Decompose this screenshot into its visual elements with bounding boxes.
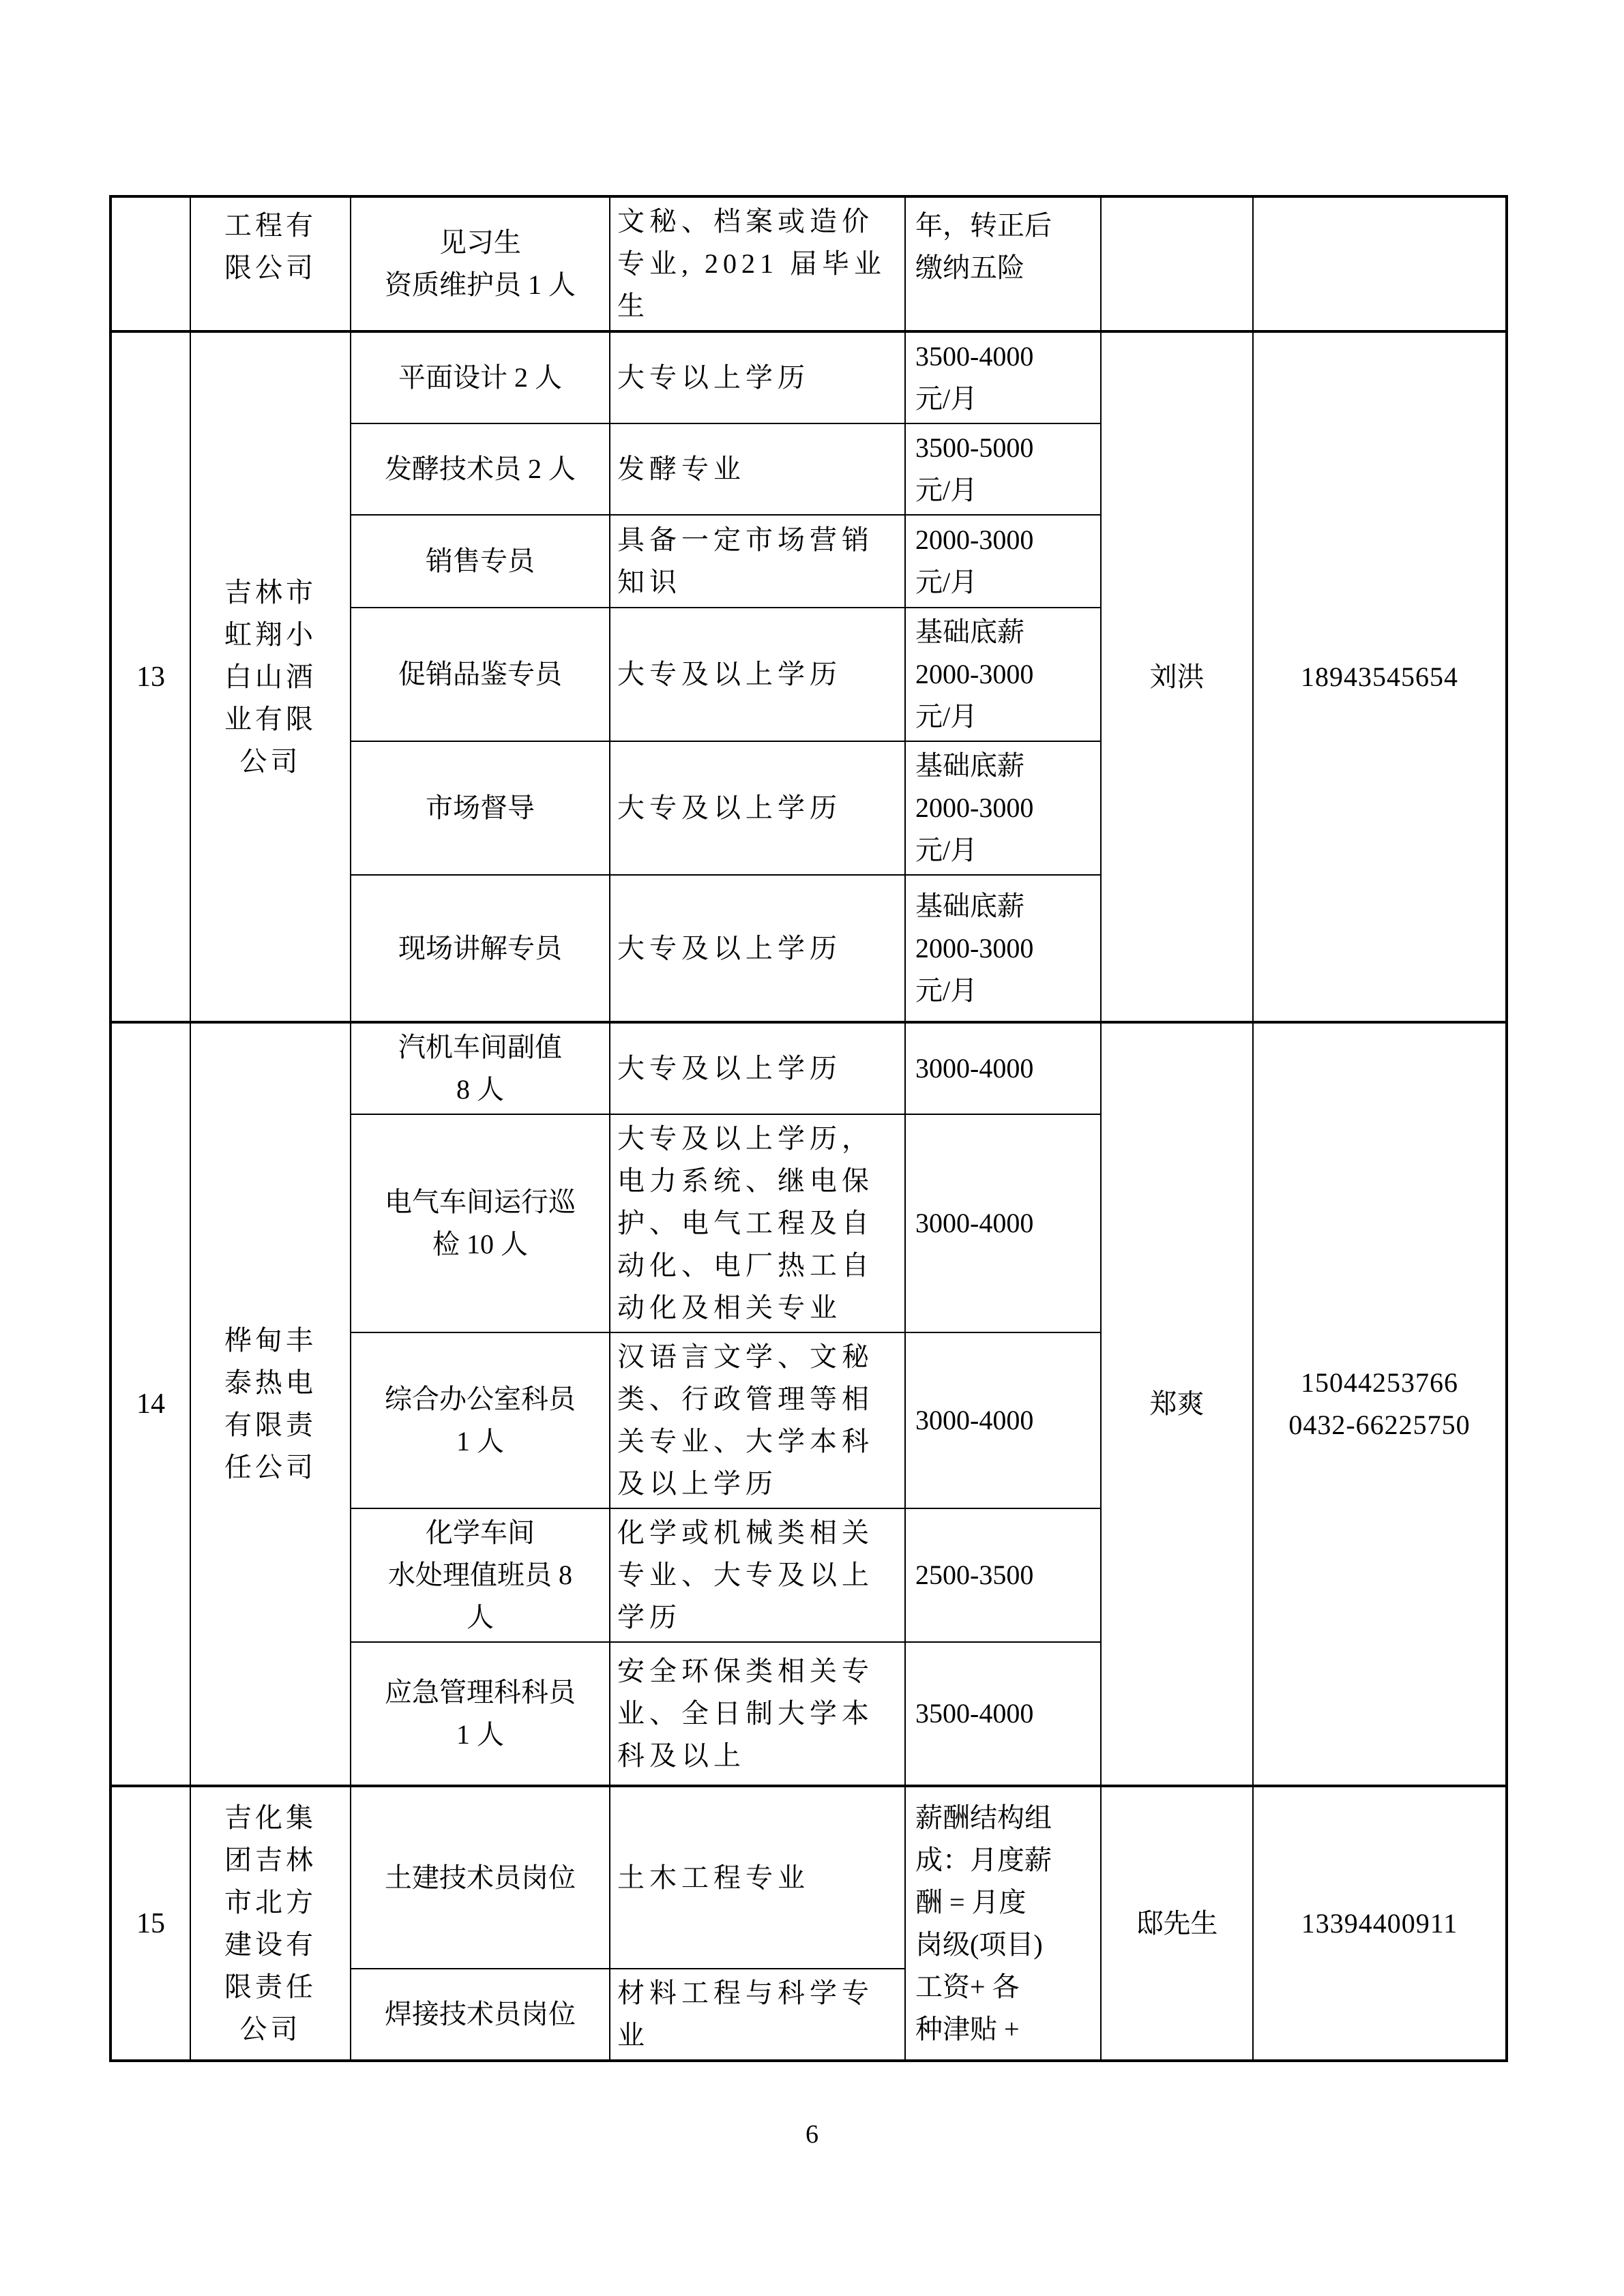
contact-person: 郑爽	[1101, 1022, 1253, 1786]
salary: 薪酬结构组 成：月度薪 酬 = 月度 岗级(项目) 工资+ 各 种津贴 +	[905, 1786, 1101, 2061]
requirement: 材料工程与科学专 业	[610, 1969, 905, 2061]
company-name: 工程有限公司	[190, 196, 351, 331]
job-table: 工程有限公司 见习生 资质维护员 1 人 文秘、档案或造价 专业, 2021 届…	[109, 195, 1508, 2062]
salary: 2000-3000 元/月	[905, 515, 1101, 608]
requirement: 土木工程专业	[610, 1786, 905, 1969]
company-name: 吉化集团吉林市北方建设有限责任公司	[190, 1786, 351, 2061]
requirement: 发酵专业	[610, 423, 905, 515]
requirement: 大专及以上学历	[610, 741, 905, 875]
position: 见习生 资质维护员 1 人	[351, 196, 610, 331]
requirement: 大专及以上学历， 电力系统、继电保 护、电气工程及自 动化、电厂热工自 动化及相…	[610, 1114, 905, 1332]
position: 电气车间运行巡 检 10 人	[351, 1114, 610, 1332]
row-number	[110, 196, 190, 331]
salary: 3000-4000	[905, 1332, 1101, 1508]
position: 发酵技术员 2 人	[351, 423, 610, 515]
contact-person: 刘洪	[1101, 331, 1253, 1022]
row-number: 13	[110, 331, 190, 1022]
position: 焊接技术员岗位	[351, 1969, 610, 2061]
row-number: 15	[110, 1786, 190, 2061]
position: 销售专员	[351, 515, 610, 608]
document-page: 工程有限公司 见习生 资质维护员 1 人 文秘、档案或造价 专业, 2021 届…	[0, 0, 1624, 2296]
salary: 3500-4000 元/月	[905, 331, 1101, 423]
position: 现场讲解专员	[351, 875, 610, 1022]
company-name-text: 桦甸丰泰热电有限责任公司	[219, 1320, 323, 1489]
requirement: 大专及以上学历	[610, 875, 905, 1022]
requirement: 大专及以上学历	[610, 1022, 905, 1114]
requirement: 文秘、档案或造价 专业, 2021 届毕业 生	[610, 196, 905, 331]
contact-phone: 13394400911	[1253, 1786, 1507, 2061]
table-row: 13 吉林市虹翔小白山酒业有限公司 平面设计 2 人 大专以上学历 3500-4…	[110, 331, 1507, 423]
contact-phone: 18943545654	[1253, 331, 1507, 1022]
salary: 3500-4000	[905, 1642, 1101, 1786]
table-row: 14 桦甸丰泰热电有限责任公司 汽机车间副值 8 人 大专及以上学历 3000-…	[110, 1022, 1507, 1114]
salary: 3000-4000	[905, 1114, 1101, 1332]
salary: 基础底薪 2000-3000 元/月	[905, 608, 1101, 741]
requirement: 汉语言文学、文秘 类、行政管理等相 关专业、大学本科 及以上学历	[610, 1332, 905, 1508]
requirement: 具备一定市场营销 知识	[610, 515, 905, 608]
company-name-text: 吉化集团吉林市北方建设有限责任公司	[219, 1797, 323, 2051]
company-name-text: 工程有限公司	[219, 205, 323, 289]
contact-person	[1101, 196, 1253, 331]
requirement: 化学或机械类相关 专业、大专及以上 学历	[610, 1508, 905, 1642]
salary: 基础底薪 2000-3000 元/月	[905, 875, 1101, 1022]
position: 平面设计 2 人	[351, 331, 610, 423]
table-row: 15 吉化集团吉林市北方建设有限责任公司 土建技术员岗位 土木工程专业 薪酬结构…	[110, 1786, 1507, 1969]
requirement: 大专及以上学历	[610, 608, 905, 741]
salary: 3000-4000	[905, 1022, 1101, 1114]
position: 综合办公室科员 1 人	[351, 1332, 610, 1508]
contact-phone: 15044253766 0432-66225750	[1253, 1022, 1507, 1786]
contact-phone	[1253, 196, 1507, 331]
contact-person: 邸先生	[1101, 1786, 1253, 2061]
company-name-text: 吉林市虹翔小白山酒业有限公司	[219, 571, 323, 783]
requirement: 安全环保类相关专 业、全日制大学本 科及以上	[610, 1642, 905, 1786]
row-number: 14	[110, 1022, 190, 1786]
salary: 基础底薪 2000-3000 元/月	[905, 741, 1101, 875]
position: 应急管理科科员 1 人	[351, 1642, 610, 1786]
salary: 年，转正后 缴纳五险	[905, 196, 1101, 331]
page-number: 6	[0, 2119, 1624, 2149]
position: 化学车间 水处理值班员 8 人	[351, 1508, 610, 1642]
position: 促销品鉴专员	[351, 608, 610, 741]
requirement: 大专以上学历	[610, 331, 905, 423]
salary: 3500-5000 元/月	[905, 423, 1101, 515]
position: 土建技术员岗位	[351, 1786, 610, 1969]
table-row: 工程有限公司 见习生 资质维护员 1 人 文秘、档案或造价 专业, 2021 届…	[110, 196, 1507, 331]
salary: 2500-3500	[905, 1508, 1101, 1642]
company-name: 吉林市虹翔小白山酒业有限公司	[190, 331, 351, 1022]
company-name: 桦甸丰泰热电有限责任公司	[190, 1022, 351, 1786]
position: 汽机车间副值 8 人	[351, 1022, 610, 1114]
position: 市场督导	[351, 741, 610, 875]
